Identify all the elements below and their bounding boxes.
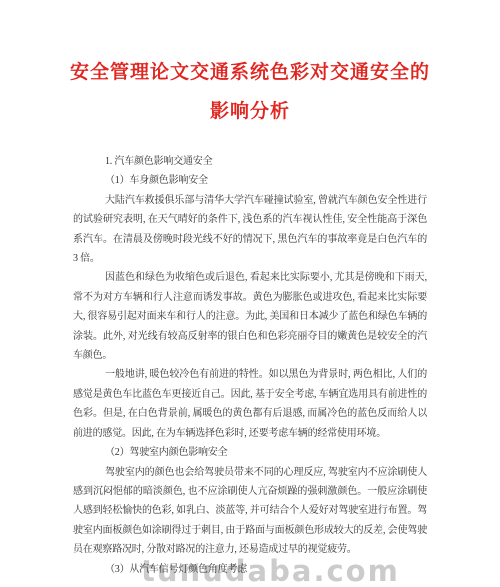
document-title: 安全管理论文交通系统色彩对交通安全的 影响分析 bbox=[0, 53, 500, 131]
subsection-heading-signal-light-color: （3）从汽车信号灯颜色角度考虑 bbox=[73, 560, 427, 579]
paragraph-receding-advancing-colors: 因蓝色和绿色为收缩色或后退色, 看起来比实际要小, 尤其是傍晚和下雨天, 常不为… bbox=[73, 268, 427, 365]
subsection-heading-body-color: （1）车身颜色影响安全 bbox=[73, 171, 427, 190]
paragraph-warm-cold-colors: 一般地讲, 暖色较冷色有前进的特性。如以黑色为背景时, 两色相比, 人们的感觉是… bbox=[73, 365, 427, 443]
subsection-heading-cab-interior-color: （2）驾驶室内颜色影响安全 bbox=[73, 443, 427, 462]
paragraph-cab-interior-effects: 驾驶室内的颜色也会给驾驶员带来不同的心理反应, 驾驶室内不应涂刷使人感到沉闷悒郁… bbox=[73, 463, 427, 560]
title-line-2: 影响分析 bbox=[0, 92, 500, 131]
document-body: 1. 汽车颜色影响交通安全 （1）车身颜色影响安全 大陆汽车救援俱乐部与清华大学… bbox=[73, 152, 427, 579]
section-heading-car-color: 1. 汽车颜色影响交通安全 bbox=[73, 152, 427, 171]
document-page: 安全管理论文交通系统色彩对交通安全的 影响分析 1. 汽车颜色影响交通安全 （1… bbox=[0, 0, 500, 587]
paragraph-crash-test-study: 大陆汽车救援俱乐部与清华大学汽车碰撞试验室, 曾就汽车颜色安全性进行的试验研究表… bbox=[73, 191, 427, 269]
title-line-1: 安全管理论文交通系统色彩对交通安全的 bbox=[0, 53, 500, 92]
